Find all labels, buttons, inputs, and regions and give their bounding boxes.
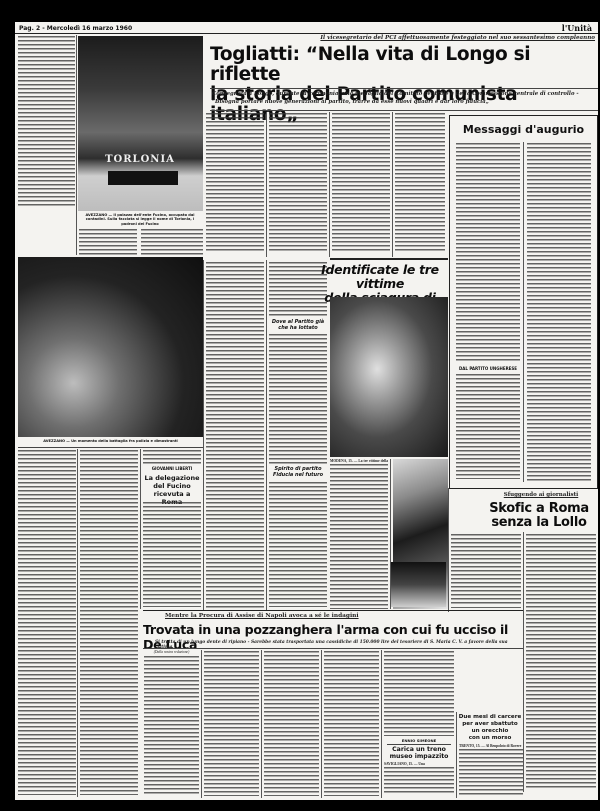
left-column-text-bottom-1 [18, 450, 76, 795]
togliatti-lower-col2c [269, 482, 327, 607]
togliatti-kicker: Il vicesegretario del PCI affettuosament… [285, 35, 595, 41]
togliatti-subheadline: Consegnata a Longo, durante la cerimonia… [212, 91, 596, 106]
torlonia-photo-caption: AVEZZANO — Il palazzo dell'ente Fucino, … [79, 213, 201, 226]
togliatti-section-heading-1: Dove al Partito già che ha lottato [269, 319, 327, 331]
skofic-headline-line-1: Skofic a Roma [480, 502, 598, 516]
skofic-kicker: Sfuggendo ai giornalisti [485, 492, 597, 498]
treno-headline: Carica un treno museo impazzito [384, 746, 454, 760]
deluca-text-col3 [264, 651, 319, 796]
democrazia-text [143, 450, 201, 464]
column-rule [321, 650, 322, 798]
deluca-text-col2 [204, 651, 259, 796]
carcere-headline: Due mesi di carcere per aver sbattuto un… [457, 714, 523, 742]
deluca-byline: ENNIO SIMEONE [384, 738, 454, 743]
riot-photo-caption: AVEZZANO — Un momento della battaglia fr… [18, 439, 203, 443]
carcere-dateline: TRENTO, 15. — Al Benpoloto di Rovere [459, 744, 523, 748]
deluca-section-heading: (Dalla nostra redazione) [144, 650, 199, 654]
skofic-headline: Skofic a Roma senza la Lollo [480, 502, 598, 530]
carcere-headline-line-4: con un morso [457, 735, 523, 742]
fossoli-text [330, 464, 388, 609]
headline-rule [210, 88, 598, 89]
togliatti-lower-col1b [206, 334, 264, 609]
page-folio: Pag. 2 - Mercoledì 16 marzo 1960 [19, 25, 132, 32]
fossoli-top-rule [330, 258, 448, 260]
deluca-text-col1 [144, 656, 199, 796]
column-rule [266, 260, 267, 610]
byline-liberti: GIOVANNI LIBERTI [143, 466, 201, 471]
deluca-text-col4 [324, 651, 379, 796]
togliatti-section-heading-2: Spirito di partito Fiducia nel futuro [269, 466, 327, 478]
column-rule [201, 650, 202, 798]
column-rule [76, 35, 77, 255]
column-rule [523, 532, 524, 792]
carcere-headline-line-2: per aver sbattuto [457, 721, 523, 728]
skofic-small-photo [391, 562, 446, 607]
messaggi-text-col1 [456, 143, 520, 363]
newspaper-page: Pag. 2 - Mercoledì 16 marzo 1960 l'Unità… [15, 22, 598, 800]
treno-headline-line-2: museo impazzito [384, 753, 454, 760]
column-rule [329, 112, 330, 257]
togliatti-lower-col2b [269, 334, 327, 464]
treno-rule [387, 744, 451, 745]
treno-headline-line-1: Carica un treno [384, 746, 454, 753]
messaggi-text-col2 [527, 143, 591, 481]
skofic-text-col1 [451, 534, 521, 604]
column-rule [392, 112, 393, 257]
left-column-text-top [18, 36, 75, 208]
togliatti-text-col1 [206, 113, 264, 253]
skofic-headline-line-2: senza la Lollo [480, 516, 598, 530]
newspaper-brand: l'Unità [562, 23, 592, 33]
column-rule [261, 650, 262, 798]
photo-doorway [108, 171, 178, 185]
column-rule [381, 650, 382, 798]
spacer [451, 607, 521, 608]
togliatti-text-col4 [395, 113, 445, 253]
subheadline-rule [210, 110, 598, 111]
column-rule [140, 449, 141, 609]
fossoli-dateline: MODENA, 15. — La tre vittime della sciag… [330, 459, 388, 463]
treno-text [384, 767, 454, 795]
deluca-kicker: Mentre la Procura di Assise di Napoli av… [165, 613, 465, 619]
column-rule [203, 260, 204, 610]
deluca-top-rule [143, 610, 523, 611]
column-rule [523, 142, 524, 482]
fossoli-wreck-photo [330, 297, 448, 457]
treno-dateline: SAVIGLIANO, 15. — Una [384, 762, 454, 766]
deluca-sub-rule [143, 648, 523, 649]
deluca-text-col5 [384, 651, 454, 736]
messaggi-augurio-box: Messaggi d'augurio DAL PARTITO UNGHERESE [449, 115, 598, 489]
column-rule [77, 449, 78, 797]
delegazione-text [143, 502, 201, 607]
messaggi-title: Messaggi d'augurio [450, 123, 597, 136]
togliatti-text-col3 [332, 113, 390, 253]
headline-line-1: Togliatti: “Nella vita di Longo si rifle… [210, 45, 595, 85]
togliatti-lower-col1a [206, 262, 264, 332]
left-column-text-bottom-2 [80, 450, 138, 795]
fossoli-headline-line-1: Identificate le tre vittime [310, 263, 450, 291]
togliatti-text-col2 [269, 113, 327, 253]
avezzano-text-col3 [141, 229, 203, 257]
carcere-headline-line-3: un orecchio [457, 728, 523, 735]
skofic-text-col2 [526, 534, 596, 789]
carcere-text [459, 749, 523, 796]
caption-rule [18, 447, 203, 448]
photo-sign-text: TORLONIA [100, 154, 180, 165]
avezzano-text-col2 [79, 229, 137, 257]
carcere-headline-line-1: Due mesi di carcere [457, 714, 523, 721]
messaggi-text-col1b [456, 374, 520, 479]
avezzano-riot-photo [18, 257, 203, 437]
column-rule [266, 112, 267, 257]
messaggi-subheading: DAL PARTITO UNGHERESE [456, 366, 520, 371]
masthead-rule [15, 33, 598, 34]
column-rule [448, 488, 449, 612]
torlonia-building-photo: TORLONIA [78, 36, 203, 211]
